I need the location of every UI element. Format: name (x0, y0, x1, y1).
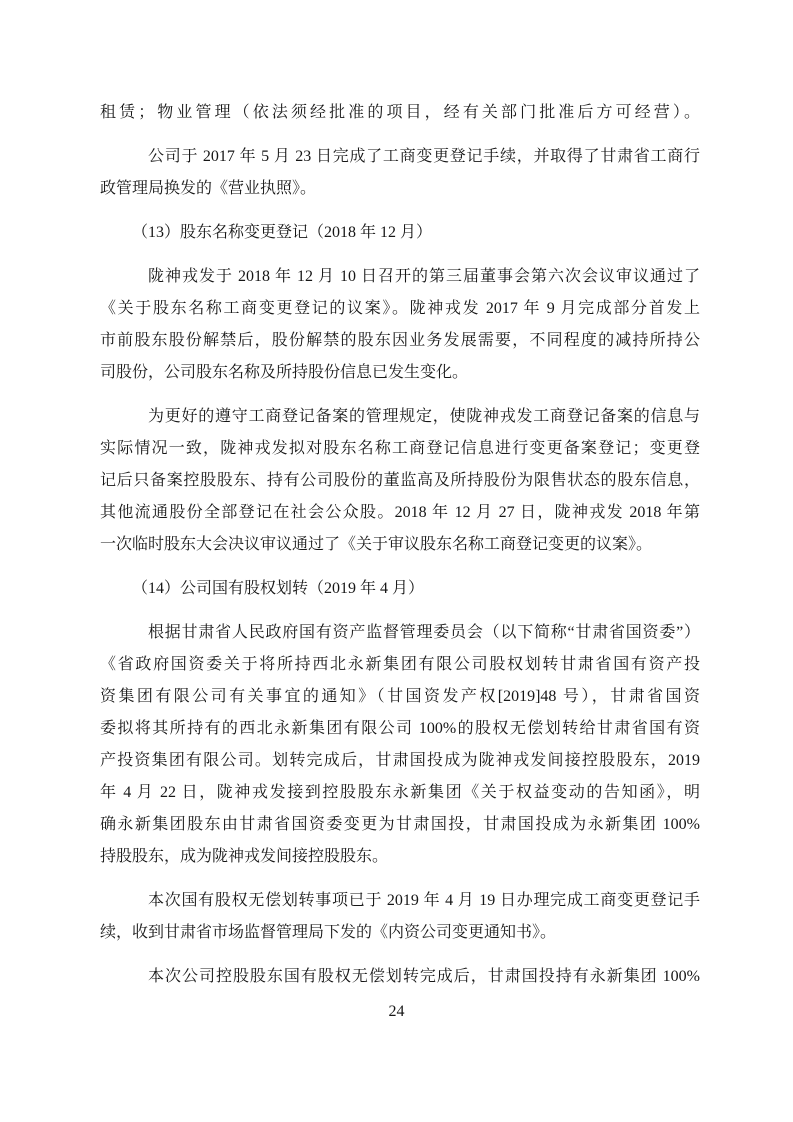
text-line: 持股股东，成为陇神戎发间接控股股东。 (100, 841, 700, 873)
text-line: 产投资集团有限公司。划转完成后，甘肃国投成为陇神戎发间接控股股东，2019 (100, 745, 700, 777)
text-line: 政管理局换发的《营业执照》。 (100, 173, 700, 205)
text-line: 为更好的遵守工商登记备案的管理规定，使陇神戎发工商登记备案的信息与 (100, 401, 700, 433)
text-line: 市前股东股份解禁后，股份解禁的股东因业务发展需要，不同程度的减持所持公 (100, 325, 700, 357)
text-line: 资集团有限公司有关事宜的通知》（甘国资发产权[2019]48 号），甘肃省国资 (100, 681, 700, 713)
paragraph: 根据甘肃省人民政府国有资产监督管理委员会（以下简称“甘肃省国资委”）《省政府国资… (100, 617, 700, 873)
text-line: 根据甘肃省人民政府国有资产监督管理委员会（以下简称“甘肃省国资委”） (100, 617, 700, 649)
section-heading: （13）股东名称变更登记（2018 年 12 月） (100, 217, 700, 249)
text-line: 《省政府国资委关于将所持西北永新集团有限公司股权划转甘肃省国有资产投 (100, 649, 700, 681)
text-line: 一次临时股东大会决议审议通过了《关于审议股东名称工商登记变更的议案》。 (100, 529, 700, 561)
text-line: 租赁；物业管理（依法须经批准的项目，经有关部门批准后方可经营）。 (100, 97, 700, 129)
page-number: 24 (0, 1002, 793, 1022)
paragraph: 租赁；物业管理（依法须经批准的项目，经有关部门批准后方可经营）。 (100, 97, 700, 129)
text-line: 其他流通股份全部登记在社会公众股。2018 年 12 月 27 日，陇神戎发 2… (100, 497, 700, 529)
section-heading: （14）公司国有股权划转（2019 年 4 月） (100, 573, 700, 605)
paragraph: 本次国有股权无偿划转事项已于 2019 年 4 月 19 日办理完成工商变更登记… (100, 885, 700, 949)
text-line: 确永新集团股东由甘肃省国资委变更为甘肃国投，甘肃国投成为永新集团 100% (100, 809, 700, 841)
text-line: 本次国有股权无偿划转事项已于 2019 年 4 月 19 日办理完成工商变更登记… (100, 885, 700, 917)
paragraph: 公司于 2017 年 5 月 23 日完成了工商变更登记手续，并取得了甘肃省工商… (100, 141, 700, 205)
text-line: （14）公司国有股权划转（2019 年 4 月） (100, 573, 700, 605)
document-page: 租赁；物业管理（依法须经批准的项目，经有关部门批准后方可经营）。公司于 2017… (0, 0, 793, 1122)
paragraph: 为更好的遵守工商登记备案的管理规定，使陇神戎发工商登记备案的信息与实际情况一致，… (100, 401, 700, 561)
text-line: 续，收到甘肃省市场监督管理局下发的《内资公司变更通知书》。 (100, 917, 700, 949)
text-line: 实际情况一致，陇神戎发拟对股东名称工商登记信息进行变更备案登记；变更登 (100, 433, 700, 465)
paragraph: 陇神戎发于 2018 年 12 月 10 日召开的第三届董事会第六次会议审议通过… (100, 261, 700, 389)
text-line: 公司于 2017 年 5 月 23 日完成了工商变更登记手续，并取得了甘肃省工商… (100, 141, 700, 173)
text-line: 年 4 月 22 日，陇神戎发接到控股股东永新集团《关于权益变动的告知函》，明 (100, 777, 700, 809)
text-line: 司股份，公司股东名称及所持股份信息已发生变化。 (100, 357, 700, 389)
text-line: 陇神戎发于 2018 年 12 月 10 日召开的第三届董事会第六次会议审议通过… (100, 261, 700, 293)
text-line: （13）股东名称变更登记（2018 年 12 月） (100, 217, 700, 249)
text-line: 记后只备案控股股东、持有公司股份的董监高及所持股份为限售状态的股东信息， (100, 465, 700, 497)
text-line: 《关于股东名称工商变更登记的议案》。陇神戎发 2017 年 9 月完成部分首发上 (100, 293, 700, 325)
text-line: 本次公司控股股东国有股权无偿划转完成后，甘肃国投持有永新集团 100% (100, 961, 700, 993)
document-body: 租赁；物业管理（依法须经批准的项目，经有关部门批准后方可经营）。公司于 2017… (100, 97, 700, 1005)
text-line: 委拟将其所持有的西北永新集团有限公司 100%的股权无偿划转给甘肃省国有资 (100, 713, 700, 745)
paragraph: 本次公司控股股东国有股权无偿划转完成后，甘肃国投持有永新集团 100% (100, 961, 700, 993)
